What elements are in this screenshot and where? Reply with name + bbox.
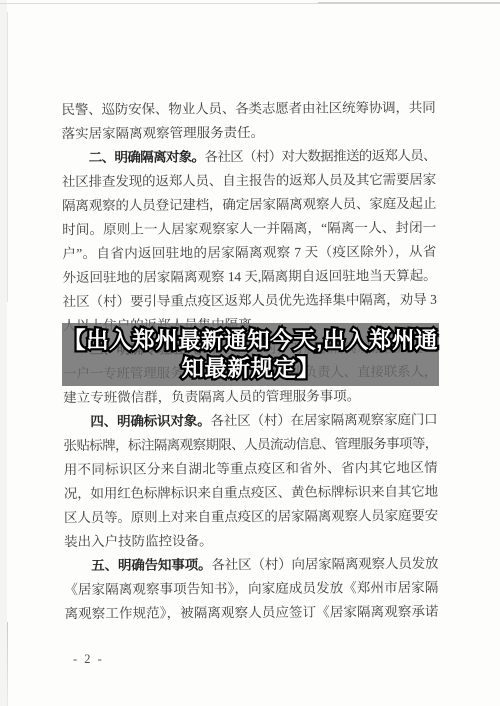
doc-text-line: 区人员等。原则上对来自重点疫区的居家隔离观察人员家庭要安 bbox=[64, 504, 438, 530]
doc-text-line: 户”。自省内返回驻地的居家隔离观察 7 天（疫区除外），从省 bbox=[62, 240, 436, 266]
doc-text-line: 落实居家隔离观察管理服务责任。 bbox=[62, 120, 436, 146]
doc-text-line: 《居家隔离观察事项告知书》，向家庭成员发放《郑州市居家隔 bbox=[64, 576, 438, 602]
scan-edge-line-top-right bbox=[318, 2, 500, 4]
doc-text-line: 隔离观察的人员登记建档，确定居家隔离观察人员、家庭及起止 bbox=[62, 192, 436, 218]
scan-edge-line-left bbox=[7, 12, 8, 302]
doc-text-line: 社区排查发现的返郑人员、自主报告的返郑人员及其它需要居家 bbox=[62, 168, 436, 194]
doc-text-line: 况，如用红色标牌标识来自重点疫区、黄色标牌标识来自其它地 bbox=[64, 480, 438, 506]
doc-text-line: 二、明确隔离对象。各社区（村）对大数据推送的返郑人员、 bbox=[62, 144, 436, 170]
doc-text-line: 张贴标牌，标注隔离观察期限、人员流动信息、管理服务事项等， bbox=[63, 432, 437, 458]
scan-binding-line-artifact bbox=[7, 622, 8, 706]
doc-text-line: 时间。原则上一人居家观察家人一并隔离，“隔离一人、封闭一 bbox=[62, 216, 436, 242]
doc-text-line: 四、明确标识对象。各社区（村）在居家隔离观察家庭门口 bbox=[63, 408, 437, 434]
doc-text-line: 外返回驻地的居家隔离观察 14 天,隔离期自返回驻地当天算起。 bbox=[62, 264, 436, 290]
scan-edge-artifact-left bbox=[0, 0, 7, 706]
banner-title-line2: 知最新规定】 bbox=[181, 355, 319, 383]
doc-text-line: 社区（村）要引导重点疫区返郑人员优先选择集中隔离，劝导 3 bbox=[63, 288, 437, 314]
scanned-document-page: 民警、巡防安保、物业人员、各类志愿者由社区统筹协调，共同落实居家隔离观察管理服务… bbox=[0, 0, 500, 706]
doc-text-line: 五、明确告知事项。各社区（村）向居家隔离观察人员发放 bbox=[64, 552, 438, 578]
page-number: - 2 - bbox=[73, 652, 104, 667]
doc-text-line: 离观察工作规范》，被隔离观察人员应签订《居家隔离观察承诺 bbox=[64, 600, 438, 626]
section-heading: 四、明确标识对象。 bbox=[90, 413, 210, 429]
doc-text-line: 用不同标识区分来自湖北等重点疫区和省外、省内其它地区情 bbox=[64, 456, 438, 482]
banner-title-line1: 【出入郑州最新通知今天,出入郑州通 bbox=[63, 327, 438, 355]
doc-text-line: 建立专班微信群，负责隔离人员的管理服务事项。 bbox=[63, 384, 437, 410]
seo-caption-banner-overlay: 【出入郑州最新通知今天,出入郑州通 知最新规定】 bbox=[62, 323, 439, 386]
doc-text-line: 装出入户技防监控设备。 bbox=[64, 528, 438, 554]
section-heading: 二、明确隔离对象。 bbox=[89, 149, 205, 165]
section-heading: 五、明确告知事项。 bbox=[91, 557, 211, 573]
doc-text-line: 民警、巡防安保、物业人员、各类志愿者由社区统筹协调，共同 bbox=[61, 96, 435, 122]
